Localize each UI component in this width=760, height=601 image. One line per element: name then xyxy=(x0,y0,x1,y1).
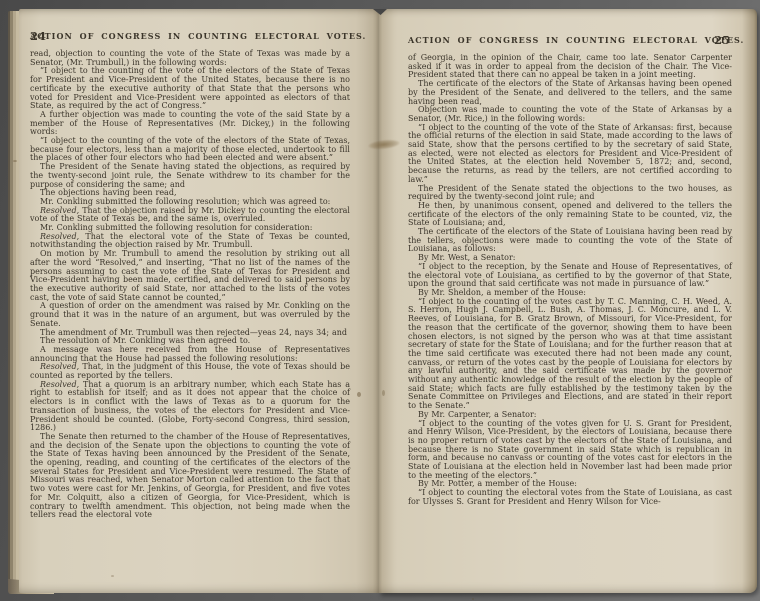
resolved-lead: Resolved, xyxy=(40,362,79,371)
paragraph: Objection was made to counting the vote … xyxy=(408,106,732,123)
paper-speck xyxy=(13,160,17,162)
paragraph: read, objection to counting the vote of … xyxy=(30,50,350,67)
paragraph: Resolved, That the electoral vote of the… xyxy=(30,233,350,250)
page-body-right: of Georgia, in the opinion of the Chair,… xyxy=(408,54,732,507)
paragraph: He then, by unanimous consent, opened an… xyxy=(408,202,732,228)
page-right-content: ACTION OF CONGRESS IN COUNTING ELECTORAL… xyxy=(408,35,732,507)
paragraph: A further objection was made to counting… xyxy=(30,111,350,137)
paper-speck xyxy=(472,598,474,600)
paragraph: “I object to the counting of the vote of… xyxy=(408,124,732,185)
running-header-left: 24 ACTION OF CONGRESS IN COUNTING ELECTO… xyxy=(30,31,350,42)
page-number-right: 25 xyxy=(714,33,730,47)
paragraph: A question of order on the amendment was… xyxy=(30,302,350,328)
paragraph: The certificate of the electors of the S… xyxy=(408,80,732,106)
paragraph: Resolved, That a quorum is an arbitrary … xyxy=(30,381,350,433)
paragraph: Resolved, That, in the judgment of this … xyxy=(30,363,350,380)
paragraph: “I object to the counting of the votes c… xyxy=(408,298,732,411)
page-left-content: 24 ACTION OF CONGRESS IN COUNTING ELECTO… xyxy=(30,31,350,520)
running-head-title-left: ACTION OF CONGRESS IN COUNTING ELECTORAL… xyxy=(30,31,366,41)
paragraph: of Georgia, in the opinion of the Chair,… xyxy=(408,54,732,80)
resolved-lead: Resolved, xyxy=(40,206,79,215)
paragraph: The Senate then returned to the chamber … xyxy=(30,433,350,520)
resolved-lead: Resolved, xyxy=(40,232,79,241)
page-number-left: 24 xyxy=(30,29,46,43)
paragraph: On motion by Mr. Trumbull to amend the r… xyxy=(30,250,350,302)
running-head-title-right: ACTION OF CONGRESS IN COUNTING ELECTORAL… xyxy=(408,35,744,45)
page-left: 24 ACTION OF CONGRESS IN COUNTING ELECTO… xyxy=(19,9,379,593)
resolved-lead: Resolved, xyxy=(40,380,79,389)
paragraph: “I object to the counting of the vote of… xyxy=(30,137,350,163)
paragraph: The certificate of the electors of the S… xyxy=(408,228,732,254)
paragraph: “I object to the reception, by the Senat… xyxy=(408,263,732,289)
paper-speck xyxy=(357,392,361,397)
paragraph: The President of the Senate having state… xyxy=(30,163,350,189)
paper-speck xyxy=(111,575,114,577)
paragraph: Resolved, That the objection raised by M… xyxy=(30,207,350,224)
paragraph: “I object to counting the electoral vote… xyxy=(408,489,732,506)
book-spread: 24 ACTION OF CONGRESS IN COUNTING ELECTO… xyxy=(8,9,749,594)
paper-speck xyxy=(382,390,385,396)
page-body-left: read, objection to counting the vote of … xyxy=(30,50,350,520)
running-header-right: ACTION OF CONGRESS IN COUNTING ELECTORAL… xyxy=(408,35,732,46)
paragraph: The President of the Senate stated the o… xyxy=(408,185,732,202)
paragraph: “I object to the counting of the vote of… xyxy=(30,67,350,111)
page-right: ACTION OF CONGRESS IN COUNTING ELECTORAL… xyxy=(379,9,757,593)
paragraph: A message was here received from the Hou… xyxy=(30,346,350,363)
paragraph: “I object to the counting of the votes g… xyxy=(408,420,732,481)
